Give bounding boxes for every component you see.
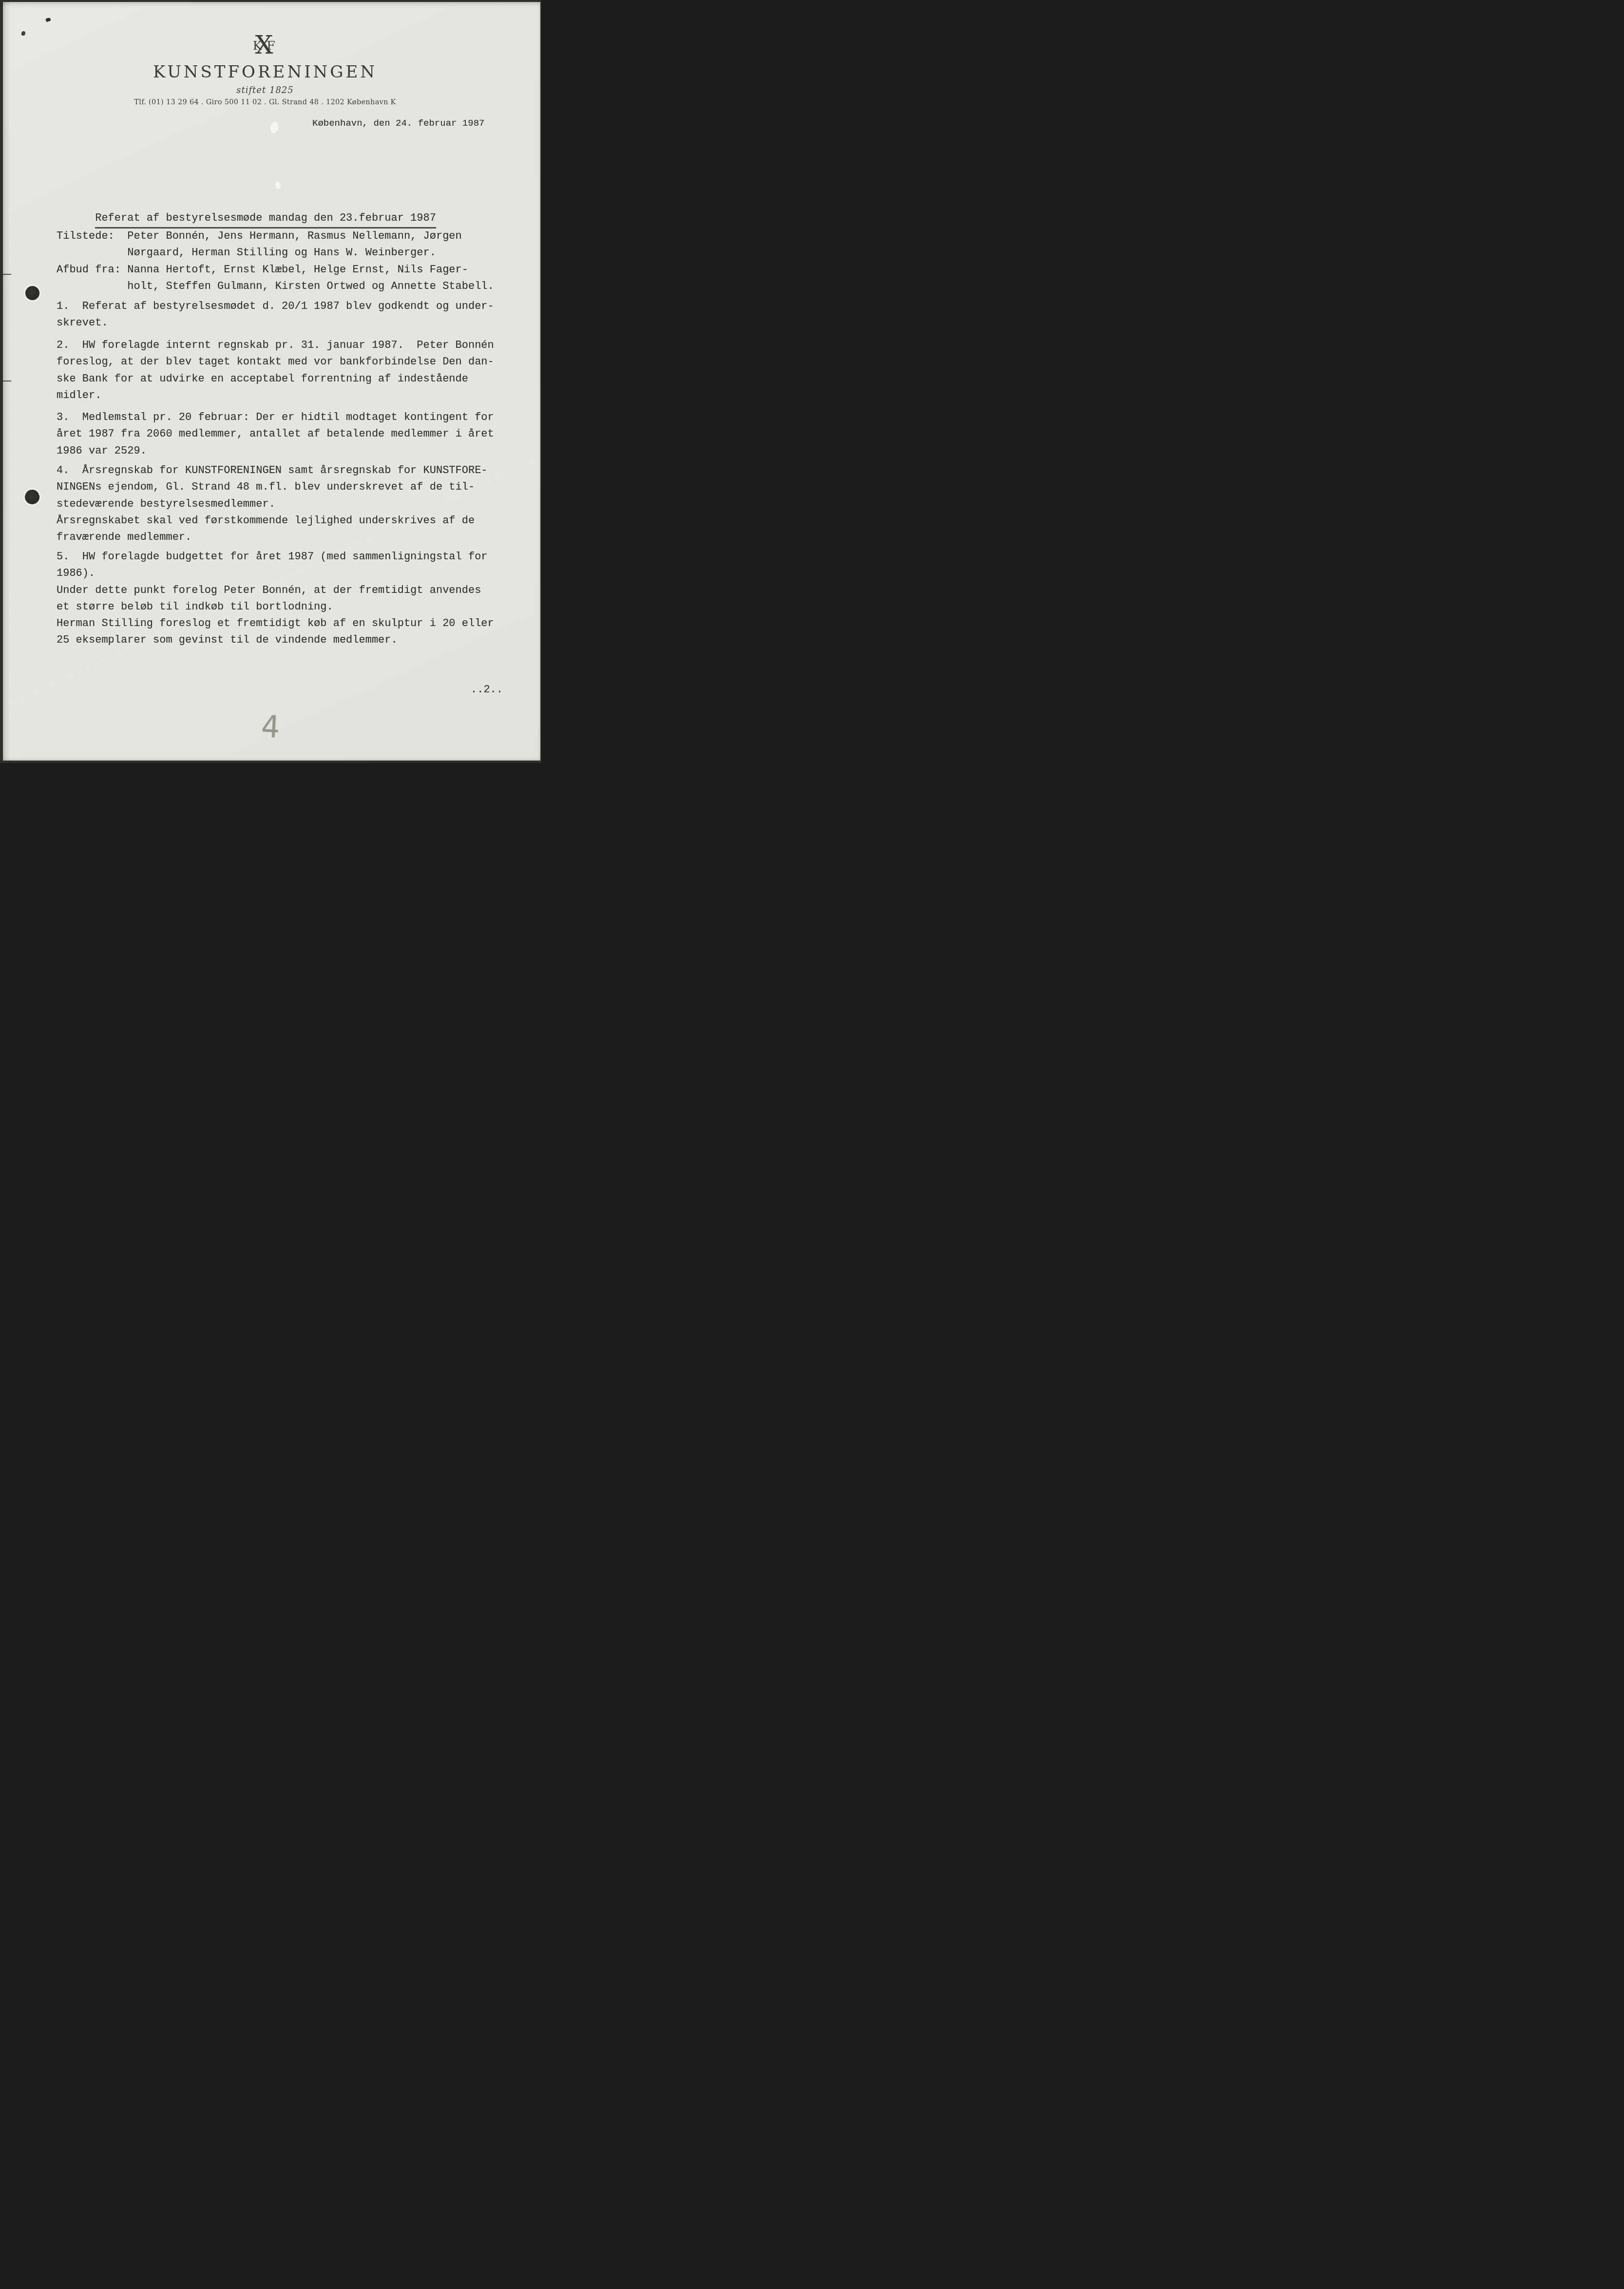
paper-sheet: X K F KUNSTFORENINGEN stiftet 1825 Tlf. … xyxy=(3,2,540,761)
minutes-line: 4. Årsregnskab for KUNSTFORENINGEN samt … xyxy=(57,462,488,479)
minutes-line: stedeværende bestyrelsesmedlemmer. xyxy=(57,496,488,513)
contact-line: Tlf. (01) 13 29 64 . Giro 500 11 02 . Gl… xyxy=(3,98,527,106)
minutes-item-1: 1. Referat af bestyrelsesmødet d. 20/1 1… xyxy=(57,298,494,332)
margin-pencil-dash xyxy=(3,381,11,381)
minutes-line: 1. Referat af bestyrelsesmødet d. 20/1 1… xyxy=(57,298,494,315)
margin-pencil-dash xyxy=(3,274,11,275)
punch-hole xyxy=(25,286,39,300)
minutes-line: Under dette punkt forelog Peter Bonnén, … xyxy=(57,582,494,599)
minutes-line: 25 eksemplarer som gevinst til de vinden… xyxy=(57,632,494,649)
minutes-line: året 1987 fra 2060 medlemmer, antallet a… xyxy=(57,426,494,442)
minutes-line: 1986 var 2529. xyxy=(57,443,494,459)
continuation-page-mark: ..2.. xyxy=(471,684,503,696)
minutes-line: ske Bank for at udvirke en acceptabel fo… xyxy=(57,371,494,387)
ink-speck xyxy=(45,18,51,22)
punch-hole xyxy=(25,490,39,504)
minutes-line: et større beløb til indkøb til bortlodni… xyxy=(57,599,494,615)
dateline: København, den 24. februar 1987 xyxy=(312,118,484,129)
minutes-item-3: 3. Medlemstal pr. 20 februar: Der er hid… xyxy=(57,409,494,459)
ink-speck xyxy=(21,31,25,36)
minutes-item-5: 5. HW forelagde budgettet for året 1987 … xyxy=(57,549,494,649)
minutes-line: skrevet. xyxy=(57,315,494,331)
monogram-k: K xyxy=(253,38,263,53)
attendance-line: Tilstede: Peter Bonnén, Jens Hermann, Ra… xyxy=(57,228,494,245)
paper-blemish xyxy=(269,121,279,134)
minutes-line: Årsregnskabet skal ved førstkommende lej… xyxy=(57,513,488,529)
org-name: KUNSTFORENINGEN xyxy=(3,64,527,80)
attendance-line: Afbud fra: Nanna Hertoft, Ernst Klæbel, … xyxy=(57,262,494,278)
pencil-page-number: 4 xyxy=(260,711,280,743)
founded-line: stiftet 1825 xyxy=(3,85,527,95)
document-title-text: Referat af bestyrelsesmøde mandag den 23… xyxy=(95,212,436,229)
minutes-item-2: 2. HW forelagde internt regnskab pr. 31.… xyxy=(57,337,494,404)
minutes-line: 5. HW forelagde budgettet for året 1987 … xyxy=(57,549,494,565)
paper-blemish xyxy=(275,181,281,189)
attendance-line: Nørgaard, Herman Stilling og Hans W. Wei… xyxy=(57,245,494,261)
minutes-line: foreslog, at der blev taget kontakt med … xyxy=(57,354,494,370)
minutes-line: fraværende medlemmer. xyxy=(57,529,488,546)
monogram-f: F xyxy=(267,38,275,53)
minutes-item-4: 4. Årsregnskab for KUNSTFORENINGEN samt … xyxy=(57,462,488,546)
minutes-line: midler. xyxy=(57,387,494,404)
minutes-line: 2. HW forelagde internt regnskab pr. 31.… xyxy=(57,337,494,354)
minutes-line: Herman Stilling foreslog et fremtidigt k… xyxy=(57,615,494,632)
kf-monogram-icon: X K F xyxy=(251,32,277,57)
minutes-line: 1986). xyxy=(57,565,494,582)
scanned-document-page: X K F KUNSTFORENINGEN stiftet 1825 Tlf. … xyxy=(0,0,541,763)
minutes-line: NINGENs ejendom, Gl. Strand 48 m.fl. ble… xyxy=(57,479,488,496)
attendance-line: holt, Steffen Gulmann, Kirsten Ortwed og… xyxy=(57,278,494,295)
attendance-block: Tilstede: Peter Bonnén, Jens Hermann, Ra… xyxy=(57,228,494,295)
minutes-line: 3. Medlemstal pr. 20 februar: Der er hid… xyxy=(57,409,494,426)
